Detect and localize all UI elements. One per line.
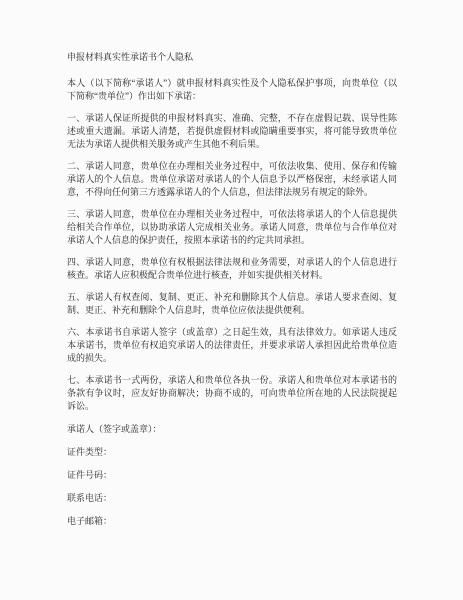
clause-paragraph-6: 六、本承诺书自承诺人签字（或盖章）之日起生效，具有法律效力。如承诺人违反本承诺书… (67, 326, 397, 365)
signature-line-id-type: 证件类型： (67, 446, 397, 459)
signature-line-email: 电子邮箱： (67, 515, 397, 528)
clause-paragraph-3: 三、承诺人同意，贵单位在办理相关业务过程中，可依法将承诺人的个人信息提供给相关合… (67, 208, 397, 247)
clause-paragraph-5: 五、承诺人有权查阅、复制、更正、补充和删除其个人信息。承诺人要求查阅、复制、更正… (67, 291, 397, 317)
clause-paragraph-7: 七、本承诺书一式两份，承诺人和贵单位各执一份。承诺人和贵单位对本承诺书的条款有争… (67, 374, 397, 413)
intro-paragraph: 本人（以下简称“承诺人”）就申报材料真实性及个人隐私保护事项，向贵单位（以下简称… (67, 77, 397, 103)
clause-paragraph-1: 一、承诺人保证所提供的申报材料真实、准确、完整，不存在虚假记载、误导性陈述或重大… (67, 112, 397, 151)
signature-line-id-number: 证件号码： (67, 469, 397, 482)
clause-paragraph-4: 四、承诺人同意，贵单位有权根据法律法规和业务需要，对承诺人的个人信息进行核查。承… (67, 256, 397, 282)
clause-paragraph-2: 二、承诺人同意，贵单位在办理相关业务过程中，可依法收集、使用、保存和传输承诺人的… (67, 160, 397, 199)
signature-line-promisor: 承诺人（签字或盖章）： (67, 423, 397, 436)
document-page: 申报材料真实性承诺书个人隐私 本人（以下简称“承诺人”）就申报材料真实性及个人隐… (0, 0, 463, 600)
signature-line-phone: 联系电话： (67, 492, 397, 505)
document-title: 申报材料真实性承诺书个人隐私 (67, 51, 397, 64)
